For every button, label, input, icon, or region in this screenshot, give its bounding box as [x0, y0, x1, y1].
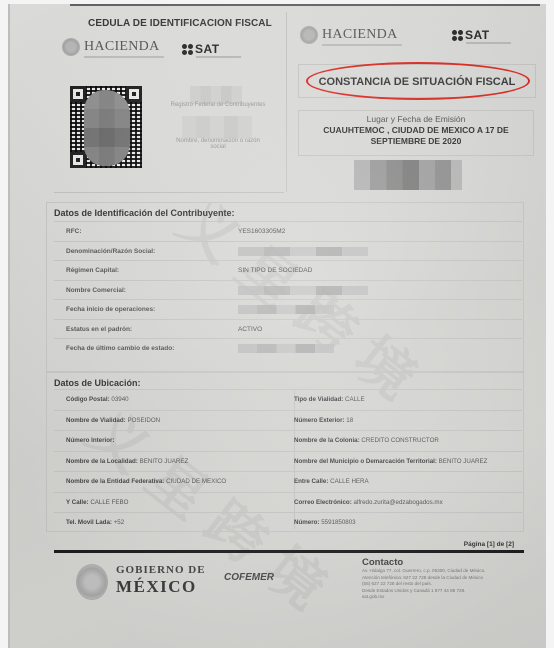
field-value: ACTIVO — [238, 326, 262, 333]
redacted-value — [238, 286, 368, 295]
highlight-oval — [306, 62, 530, 100]
field-value: BENITO JUAREZ — [140, 458, 189, 465]
cofemer-logo: COFEMER — [224, 572, 274, 583]
table-row: Nombre Comercial: — [54, 280, 522, 300]
field-label: Fecha inicio de operaciones: — [66, 306, 155, 313]
field-value: CALLE HERA — [330, 478, 369, 485]
mexico-seal-icon — [62, 38, 80, 56]
address-field: Tel. Movil Lada: +52 — [66, 519, 124, 526]
lugar-value: CUAUHTEMOC , CIUDAD DE MEXICO A 17 DE SE… — [299, 125, 533, 147]
address-field: Número Exterior: 18 — [294, 417, 353, 424]
address-field: Entre Calle: CALLE HERA — [294, 478, 369, 485]
field-label: Nombre de la Entidad Federativa: — [66, 478, 164, 485]
contacto-title: Contacto — [362, 557, 485, 568]
field-value: 5591850803 — [321, 519, 355, 526]
nombre-label: Nombre, denominación o razón social — [168, 138, 268, 150]
field-value: CREDITO CONSTRUCTOR — [361, 437, 438, 444]
address-field: Número Interior: — [66, 437, 114, 444]
redacted-block — [84, 90, 130, 166]
document-page: 义 星 跨 境 义 星 跨 境 CEDULA DE IDENTIFICACION… — [8, 4, 546, 648]
field-label: Correo Electrónico: — [294, 499, 352, 506]
identificacion-table: RFC:YES1603305M2Denominación/Razón Socia… — [54, 221, 522, 358]
field-label: Número Exterior: — [294, 417, 345, 424]
sat-logo: SAT — [182, 42, 220, 56]
mexico-seal-icon — [300, 26, 318, 44]
field-label: Y Calle: — [66, 499, 89, 506]
table-row: Y Calle: CALLE FEBOCorreo Electrónico: a… — [54, 492, 522, 513]
field-label: Nombre Comercial: — [66, 287, 126, 294]
address-field: Nombre de la Entidad Federativa: CIUDAD … — [66, 478, 226, 485]
table-row: Nombre de Vialidad: POSEIDONNúmero Exter… — [54, 410, 522, 431]
table-row: Régimen Capital:SIN TIPO DE SOCIEDAD — [54, 260, 522, 280]
field-value: SIN TIPO DE SOCIEDAD — [238, 267, 312, 274]
field-label: Fecha de último cambio de estado: — [66, 345, 174, 352]
field-label: RFC: — [66, 228, 82, 235]
table-row: Tel. Movil Lada: +52Número: 5591850803 — [54, 512, 522, 533]
table-row: Estatus en el padrón:ACTIVO — [54, 319, 522, 339]
address-field: Correo Electrónico: alfredo.zurita@edzab… — [294, 499, 443, 506]
field-label: Número Interior: — [66, 437, 114, 444]
redacted-value — [238, 344, 334, 353]
field-label: Nombre del Municipio o Demarcación Terri… — [294, 458, 437, 465]
table-row: Fecha inicio de operaciones: — [54, 299, 522, 319]
sat-dots-icon — [452, 30, 463, 41]
redacted-name — [182, 116, 252, 138]
field-label: Nombre de la Colonia: — [294, 437, 360, 444]
lugar-label: Lugar y Fecha de Emisión — [299, 114, 533, 124]
field-value: alfredo.zurita@edzabogados.mx — [354, 499, 443, 506]
sat-dots-icon — [182, 44, 193, 55]
field-label: Entre Calle: — [294, 478, 328, 485]
field-value: CIUDAD DE MEXICO — [166, 478, 226, 485]
redacted-barcode — [354, 160, 462, 190]
field-label: Régimen Capital: — [66, 267, 119, 274]
gobierno-line1: GOBIERNO DE — [116, 564, 206, 576]
field-value: YES1603305M2 — [238, 228, 285, 235]
address-field: Y Calle: CALLE FEBO — [66, 499, 129, 506]
table-row: RFC:YES1603305M2 — [54, 221, 522, 241]
ubicacion-title: Datos de Ubicación: — [54, 378, 141, 388]
address-field: Número: 5591850803 — [294, 519, 356, 526]
identificacion-title: Datos de Identificación del Contribuyent… — [54, 208, 235, 218]
field-value: 18 — [346, 417, 353, 424]
field-value: +52 — [114, 519, 125, 526]
field-value: BENITO JUAREZ — [439, 458, 488, 465]
table-row: Nombre de la Entidad Federativa: CIUDAD … — [54, 471, 522, 492]
footer-divider — [54, 550, 524, 553]
field-label: Tel. Movil Lada: — [66, 519, 112, 526]
table-row: Código Postal: 03940Tipo de Vialidad: CA… — [54, 389, 522, 410]
mexico-seal-icon — [76, 564, 108, 600]
address-field: Nombre de la Localidad: BENITO JUAREZ — [66, 458, 188, 465]
lugar-fecha-box: Lugar y Fecha de Emisión CUAUHTEMOC , CI… — [298, 110, 534, 156]
cedula-title: CEDULA DE IDENTIFICACION FISCAL — [88, 18, 272, 29]
table-row: Fecha de último cambio de estado: — [54, 338, 522, 358]
field-label: Nombre de la Localidad: — [66, 458, 138, 465]
registro-label: Registro Federal de Contribuyentes — [158, 102, 278, 108]
field-value: 03940 — [111, 396, 128, 403]
hacienda-logo: HACIENDA — [300, 26, 398, 44]
page-indicator: Página [1] de [2] — [464, 541, 514, 548]
redacted-value — [238, 247, 368, 256]
field-label: Nombre de Vialidad: — [66, 417, 126, 424]
field-value: POSEIDON — [127, 417, 160, 424]
hacienda-logo: HACIENDA — [62, 38, 160, 56]
redacted-value — [238, 305, 334, 314]
address-field: Tipo de Vialidad: CALLE — [294, 396, 365, 403]
field-label: Tipo de Vialidad: — [294, 396, 343, 403]
ubicacion-table: Código Postal: 03940Tipo de Vialidad: CA… — [54, 389, 522, 533]
field-label: Número: — [294, 519, 319, 526]
field-label: Denominación/Razón Social: — [66, 248, 155, 255]
table-row: Denominación/Razón Social: — [54, 241, 522, 261]
contacto-block: Contacto Av. Hidalgo 77, col. Guerrero, … — [362, 557, 485, 601]
address-field: Nombre del Municipio o Demarcación Terri… — [294, 458, 487, 465]
field-label: Estatus en el padrón: — [66, 326, 132, 333]
table-row: Nombre de la Localidad: BENITO JUAREZNom… — [54, 451, 522, 472]
sat-logo: SAT — [452, 28, 490, 42]
table-row: Número Interior: Nombre de la Colonia: C… — [54, 430, 522, 451]
qr-code-icon — [70, 86, 142, 168]
address-field: Código Postal: 03940 — [66, 396, 129, 403]
gobierno-line2: MÉXICO — [116, 577, 197, 597]
field-value: CALLE — [345, 396, 365, 403]
field-value: CALLE FEBO — [90, 499, 128, 506]
address-field: Nombre de Vialidad: POSEIDON — [66, 417, 160, 424]
address-field: Nombre de la Colonia: CREDITO CONSTRUCTO… — [294, 437, 439, 444]
field-label: Código Postal: — [66, 396, 110, 403]
